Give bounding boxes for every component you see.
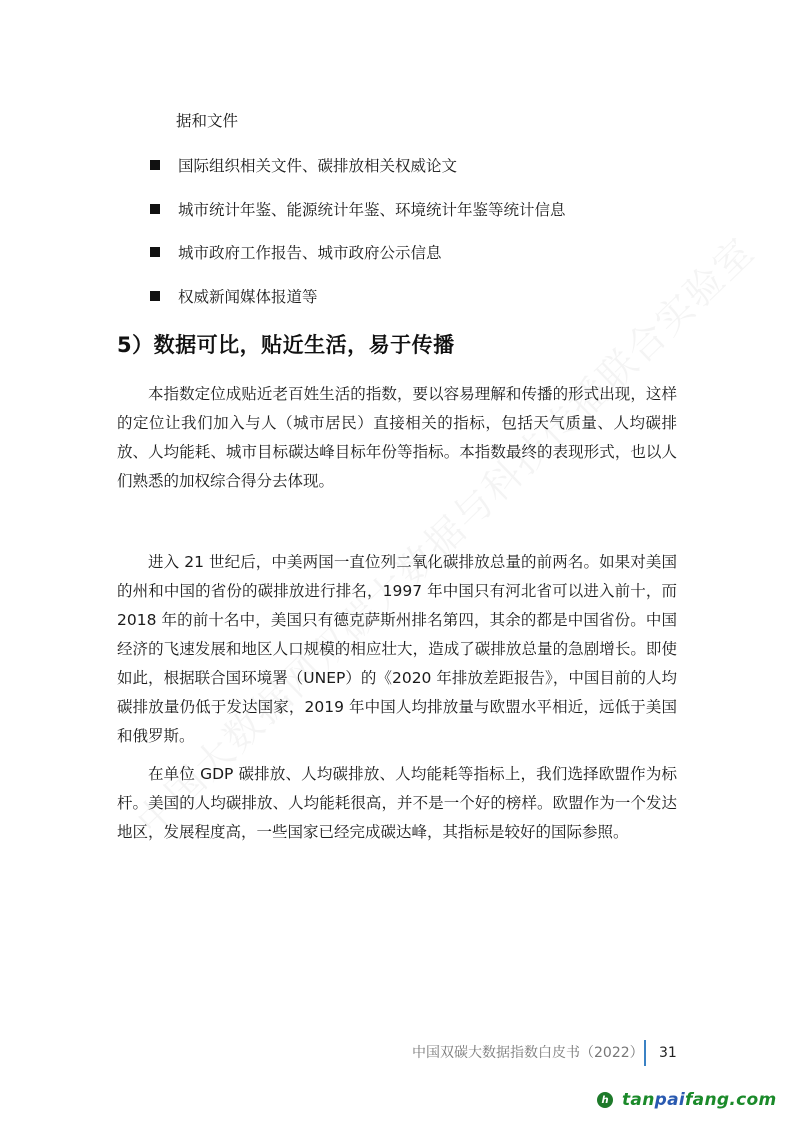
logo-text-part: fang.com <box>685 1090 776 1110</box>
list-item-text: 国际组织相关文件、碳排放相关权威论文 <box>178 154 457 176</box>
continued-text: 据和文件 <box>176 110 238 132</box>
page-number: 31 <box>659 1043 677 1063</box>
list-item-text: 权威新闻媒体报道等 <box>178 285 318 307</box>
site-logo-text: tanpaifang.com <box>622 1090 776 1110</box>
footer-divider <box>644 1040 646 1066</box>
section-heading: 5）数据可比，贴近生活，易于传播 <box>117 330 455 360</box>
body-paragraph: 本指数定位成贴近老百姓生活的指数，要以容易理解和传播的形式出现，这样的定位让我们… <box>117 380 677 496</box>
hc-logo-icon: h <box>597 1092 613 1108</box>
logo-text-part: tan <box>622 1090 655 1110</box>
square-bullet-icon <box>150 204 160 214</box>
list-item: 城市统计年鉴、能源统计年鉴、环境统计年鉴等统计信息 <box>148 198 566 220</box>
site-logo-link[interactable]: h tanpaifang.com <box>597 1090 776 1110</box>
document-page: 中国大数据网双碳大数据与科技传播联合实验室 据和文件 国际组织相关文件、碳排放相… <box>0 0 793 1122</box>
logo-text-part: pai <box>655 1090 685 1110</box>
list-item-text: 城市政府工作报告、城市政府公示信息 <box>178 241 442 263</box>
body-paragraph: 在单位 GDP 碳排放、人均碳排放、人均能耗等指标上，我们选择欧盟作为标杆。美国… <box>117 760 677 847</box>
body-paragraph: 进入 21 世纪后，中美两国一直位列二氧化碳排放总量的前两名。如果对美国的州和中… <box>117 548 677 751</box>
list-item: 国际组织相关文件、碳排放相关权威论文 <box>148 154 566 176</box>
square-bullet-icon <box>150 247 160 257</box>
footer-document-title: 中国双碳大数据指数白皮书（2022） <box>412 1043 644 1063</box>
square-bullet-icon <box>150 160 160 170</box>
list-item-text: 城市统计年鉴、能源统计年鉴、环境统计年鉴等统计信息 <box>178 198 566 220</box>
source-bullet-list: 国际组织相关文件、碳排放相关权威论文 城市统计年鉴、能源统计年鉴、环境统计年鉴等… <box>148 154 566 328</box>
square-bullet-icon <box>150 291 160 301</box>
list-item: 权威新闻媒体报道等 <box>148 285 566 307</box>
list-item: 城市政府工作报告、城市政府公示信息 <box>148 241 566 263</box>
